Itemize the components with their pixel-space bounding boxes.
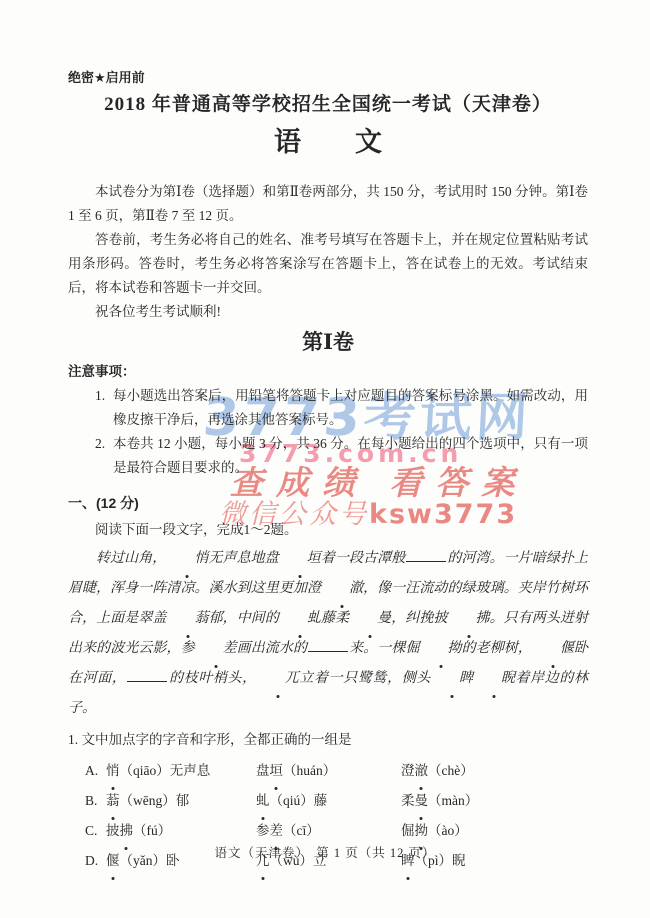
emphasized-character: 曼	[415, 786, 429, 816]
emphasized-character: 拂	[448, 604, 490, 634]
instructions-paragraph: 祝各位考生考试顺利!	[68, 300, 588, 324]
option-term: 倔拗（ào）	[401, 816, 588, 846]
option-label: B.	[85, 786, 106, 816]
option-term: 虬（qiú）藤	[256, 786, 401, 816]
option-term: 披拂（fú）	[106, 816, 256, 846]
fill-in-blank-underline	[127, 679, 167, 682]
emphasized-character: 偃	[532, 634, 574, 664]
emphasized-character: 睨	[473, 664, 515, 694]
page-footer: 语文（天津卷） 第 1 页（共 12 页）	[0, 843, 650, 861]
exam-instructions: 本试卷分为第Ⅰ卷（选择题）和第Ⅱ卷两部分，共 150 分，考试用时 150 分钟…	[68, 180, 588, 324]
emphasized-character: 垣	[279, 544, 321, 574]
option-term: 参差（cī）	[256, 816, 401, 846]
emphasized-character: 蓊	[106, 786, 120, 816]
emphasized-character: 悄	[106, 756, 120, 786]
instructions-paragraph: 答卷前，考生务必将自己的姓名、准考号填写在答题卡上，并在规定位置粘贴考试用条形码…	[68, 228, 588, 300]
note-item: 1. 每小题选出答案后，用铅笔将答题卡上对应题目的答案标号涂黑。如需改动，用橡皮…	[68, 384, 588, 432]
emphasized-character: 兀	[257, 664, 299, 694]
emphasized-character: 蓊	[167, 604, 209, 634]
emphasized-character: 差	[270, 816, 284, 846]
fill-in-blank-underline	[406, 559, 446, 562]
fill-in-blank-underline	[308, 649, 348, 652]
note-text: 本卷共 12 小题，每小题 3 分，共 36 分。在每小题给出的四个选项中，只有…	[113, 436, 588, 475]
classification-label: 绝密★启用前	[68, 70, 588, 86]
emphasized-character: 拂	[120, 816, 134, 846]
note-text: 每小题选出答案后，用铅笔将答题卡上对应题目的答案标号涂黑。如需改动，用橡皮擦干净…	[113, 388, 588, 427]
option-term: 蓊（wēng）郁	[106, 786, 256, 816]
reading-instruction: 阅读下面一段文字，完成1～2题。	[68, 516, 588, 544]
option-label: C.	[85, 816, 106, 846]
part-one-heading: 一、(12 分)	[68, 490, 588, 516]
question-1-stem: 1. 文中加点字的字音和字形，全都正确的一组是	[68, 726, 588, 754]
option-term: 柔曼（màn）	[401, 786, 588, 816]
emphasized-character: 虬	[256, 786, 270, 816]
note-number: 1.	[95, 384, 105, 408]
emphasized-character: 澈	[321, 574, 363, 604]
option-row-b: B. 蓊（wēng）郁 虬（qiú）藤 柔曼（màn）	[85, 786, 588, 816]
emphasized-character: 拗	[420, 634, 462, 664]
exam-paper-page: 3773考试网 3773.com.cn 查成绩 看答案 微信公众号ksw3773…	[0, 0, 650, 918]
emphasized-character: 垣	[270, 756, 284, 786]
notes-title: 注意事项：	[68, 360, 588, 384]
emphasized-character: 虬	[279, 604, 321, 634]
emphasized-character: 悄	[166, 544, 208, 574]
emphasized-character: 睥	[431, 664, 473, 694]
note-number: 2.	[95, 432, 105, 456]
option-row-c: C. 披拂（fú） 参差（cī） 倔拗（ào）	[85, 816, 588, 846]
instructions-paragraph: 本试卷分为第Ⅰ卷（选择题）和第Ⅱ卷两部分，共 150 分，考试用时 150 分钟…	[68, 180, 588, 228]
option-row-a: A. 悄（qiāo）无声息 盘垣（huán） 澄澈（chè）	[85, 756, 588, 786]
option-term: 悄（qiāo）无声息	[106, 756, 256, 786]
reading-passage: 转过山角，悄无声息地盘垣着一段古潭般的河湾。一片暗绿扑上眉睫，浑身一阵清凉。溪水…	[68, 544, 588, 724]
emphasized-character: 拗	[415, 816, 429, 846]
option-label: A.	[85, 756, 106, 786]
emphasized-character: 差	[195, 634, 237, 664]
exam-title: 2018 年普通高等学校招生全国统一考试（天津卷）	[68, 92, 588, 118]
subject-title: 语 文	[68, 124, 588, 160]
option-term: 盘垣（huán）	[256, 756, 401, 786]
note-item: 2. 本卷共 12 小题，每小题 3 分，共 36 分。在每小题给出的四个选项中…	[68, 432, 588, 480]
page-content: 绝密★启用前 2018 年普通高等学校招生全国统一考试（天津卷） 语 文 本试卷…	[0, 0, 650, 876]
option-term: 澄澈（chè）	[401, 756, 588, 786]
emphasized-character: 曼	[349, 604, 391, 634]
emphasized-character: 澈	[415, 756, 429, 786]
volume-heading: 第Ⅰ卷	[68, 328, 588, 356]
